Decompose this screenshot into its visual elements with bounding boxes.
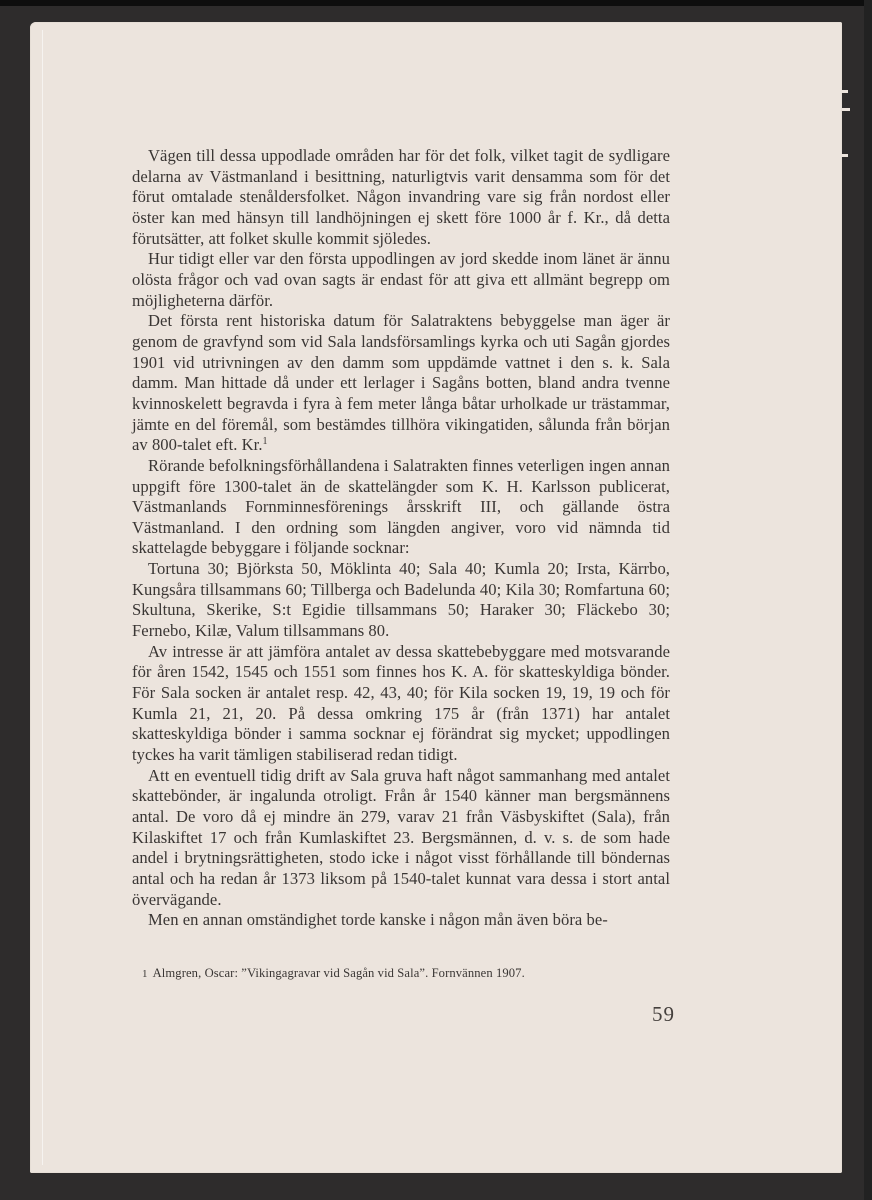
footnote-reference: 1 (263, 436, 268, 447)
footnote-mark: 1 (142, 968, 148, 980)
paragraph-7: Att en eventuell tidig drift av Sala gru… (132, 766, 670, 911)
torn-edge-fiber (838, 154, 848, 157)
paragraph-2: Hur tidigt eller var den första uppodlin… (132, 249, 670, 311)
paragraph-6: Av intresse är att jämföra antalet av de… (132, 642, 670, 766)
scanner-top-edge (0, 0, 872, 6)
paragraph-3-text: Det första rent historiska datum för Sal… (132, 311, 670, 454)
footnote: 1Almgren, Oscar: ”Vikingagravar vid Sagå… (142, 965, 670, 982)
torn-edge-fiber (838, 90, 848, 93)
body-text: Vägen till dessa uppodlade områden har f… (132, 146, 670, 931)
paragraph-5-parish-list: Tortuna 30; Björksta 50, Möklinta 40; Sa… (132, 559, 670, 642)
torn-edge-fiber (842, 108, 850, 111)
paragraph-8: Men en annan omständighet torde kanske i… (132, 910, 670, 931)
paragraph-3: Det första rent historiska datum för Sal… (132, 311, 670, 456)
footnote-text: Almgren, Oscar: ”Vikingagravar vid Sagån… (153, 966, 525, 980)
page-number: 59 (652, 1002, 675, 1027)
page-crease (42, 30, 43, 1165)
scanner-right-edge (864, 0, 872, 1200)
book-page: Vägen till dessa uppodlade områden har f… (30, 22, 842, 1173)
paragraph-4: Rörande befolkningsförhållandena i Salat… (132, 456, 670, 559)
paragraph-1: Vägen till dessa uppodlade områden har f… (132, 146, 670, 249)
